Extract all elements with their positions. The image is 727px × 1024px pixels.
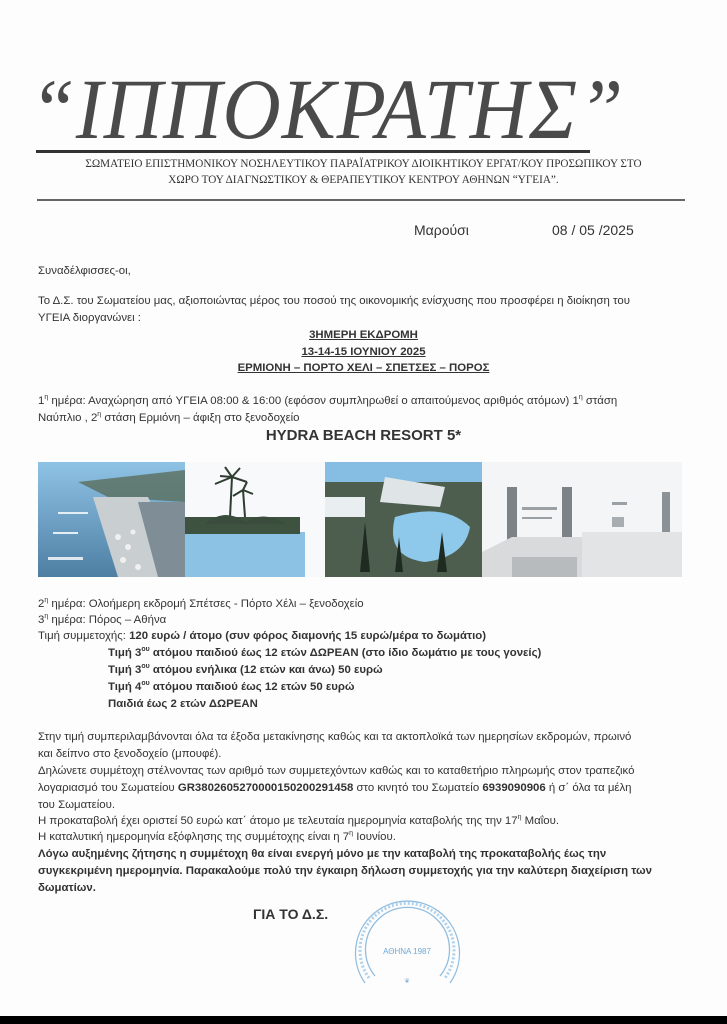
price-item: Τιμή 3ου ατόμου παιδιού έως 12 ετών ΔΩΡΕ… xyxy=(108,645,727,662)
includes-line-1: Στην τιμή συμπεριλαμβάνονται όλα τα έξοδ… xyxy=(38,729,688,746)
resort-pool-photo xyxy=(325,462,482,577)
includes-line-2: και δείπνο στο ξενοδοχείο (μπουφέ). xyxy=(38,746,688,763)
header-divider xyxy=(37,199,685,201)
day-2-description: 2η ημέρα: Ολοήμερη εκδρομή Σπέτσες - Πόρ… xyxy=(38,596,688,613)
dateline-place: Μαρούσι xyxy=(414,222,469,238)
day-1-line-1: 1η ημέρα: Αναχώρηση από ΥΓΕΙΑ 08:00 & 16… xyxy=(38,393,688,410)
letterhead-title: “ΙΠΠΟΚΡΑΤΗΣ” xyxy=(30,66,594,152)
notice-line-1: Λόγω αυξημένης ζήτησης η συμμέτοχη θα εί… xyxy=(38,846,688,863)
event-route: ΕΡΜΙΟΝΗ – ΠΟΡΤΟ ΧΕΛΙ – ΣΠΕΤΣΕΣ – ΠΟΡΟΣ xyxy=(0,360,727,377)
intro-paragraph: Το Δ.Σ. του Σωματείου μας, αξιοποιώντας … xyxy=(38,293,688,327)
organization-name: ΣΩΜΑΤΕΙΟ ΕΠΙΣΤΗΜΟΝΙΚΟΥ ΝΟΣΗΛΕΥΤΙΚΟΥ ΠΑΡΑ… xyxy=(0,156,727,188)
greeting: Συναδέλφισσες-οι, xyxy=(38,263,688,280)
registration-line-1: Δηλώνετε συμμέτοχη στέλνοντας των αριθμό… xyxy=(38,763,688,780)
signature-label: ΓΙΑ ΤΟ Δ.Σ. xyxy=(253,906,328,922)
palm-pool-photo xyxy=(185,462,325,577)
event-heading: 3ΗΜΕΡΗ ΕΚΔΡΟΜΗ xyxy=(0,327,727,344)
day-3-description: 3η ημέρα: Πόρος – Αθήνα xyxy=(38,612,688,629)
registration-paragraph: Δηλώνετε συμμέτοχη στέλνοντας των αριθμό… xyxy=(38,763,688,814)
intro-line-1: Το Δ.Σ. του Σωματείου μας, αξιοποιώντας … xyxy=(38,293,688,310)
registration-line-3: του Σωματείου. xyxy=(38,797,688,814)
event-dates: 13-14-15 ΙΟΥΝΙΟΥ 2025 xyxy=(0,344,727,361)
price-main: Τιμή συμμετοχής: 120 ευρώ / άτομο (συν φ… xyxy=(38,628,688,645)
price-item: Τιμή 3ου ατόμου ενήλικα (12 ετών και άνω… xyxy=(108,662,727,679)
deposit-note: Η προκαταβολή έχει οριστεί 50 ευρώ κατ΄ … xyxy=(38,813,688,830)
title-rule xyxy=(36,150,590,153)
hotel-room-photo xyxy=(482,462,682,577)
registration-line-2: λογαριασμό του Σωματείου GR3802605270000… xyxy=(38,780,688,797)
notice-line-2: συγκεκριμένη ημερομηνία. Παρακαλούμε πολ… xyxy=(38,863,688,880)
org-line-2: ΧΩΡΟ ΤΟΥ ΔΙΑΓΝΩΣΤΙΚΟΥ & ΘΕΡΑΠΕΥΤΙΚΟΥ ΚΕΝ… xyxy=(0,172,727,188)
stamp-center-text: ΑΘΗΝΑ 1987 xyxy=(383,947,431,956)
bank-iban: GR3802605270000150200291458 xyxy=(178,782,353,794)
price-item: Παιδιά έως 2 ετών ΔΩΡΕΑΝ xyxy=(108,696,727,713)
bottom-bar xyxy=(0,1016,727,1024)
intro-line-2: ΥΓΕΙΑ διοργανώνει : xyxy=(38,310,688,327)
includes-paragraph: Στην τιμή συμπεριλαμβάνονται όλα τα έξοδ… xyxy=(38,729,688,763)
day-1-line-2: Ναύπλιο , 2η στάση Ερμιόνη – άφιξη στο ξ… xyxy=(38,410,688,427)
day-1-description: 1η ημέρα: Αναχώρηση από ΥΓΕΙΑ 08:00 & 16… xyxy=(38,393,688,427)
price-item: Τιμή 4ου ατόμου παιδιού έως 12 ετών 50 ε… xyxy=(108,679,727,696)
final-payment-note: Η καταλυτική ημερομηνία εξόφλησης της συ… xyxy=(38,829,688,846)
hotel-name: HYDRA BEACH RESORT 5* xyxy=(0,427,727,444)
dateline-date: 08 / 05 /2025 xyxy=(552,222,634,238)
svg-text:❦: ❦ xyxy=(404,978,410,985)
union-phone: 6939090906 xyxy=(482,782,545,794)
union-stamp: ΑΘΗΝΑ 1987 ❦ xyxy=(345,888,470,1013)
org-line-1: ΣΩΜΑΤΕΙΟ ΕΠΙΣΤΗΜΟΝΙΚΟΥ ΝΟΣΗΛΕΥΤΙΚΟΥ ΠΑΡΑ… xyxy=(0,156,727,172)
harbor-beach-photo xyxy=(38,462,185,577)
hotel-photo-strip xyxy=(38,462,682,577)
